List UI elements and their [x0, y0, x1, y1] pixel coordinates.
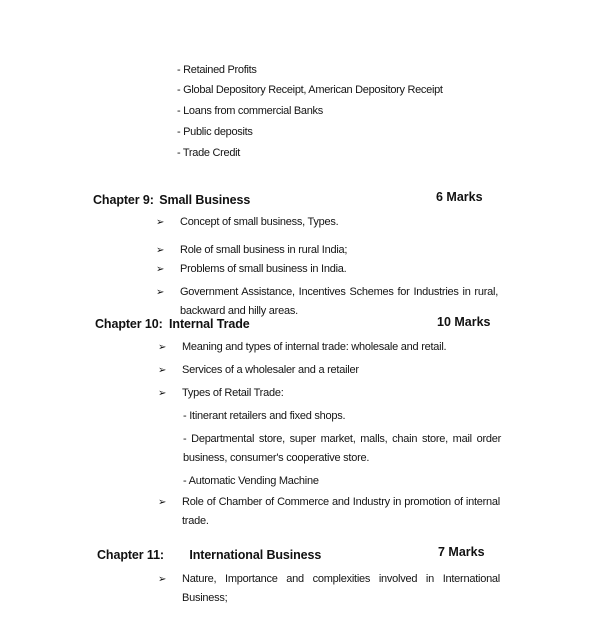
chapter-marks: 7 Marks	[438, 545, 485, 559]
syllabus-page: - Retained Profits - Global Depository R…	[0, 0, 600, 634]
list-item: Types of Retail Trade:	[182, 384, 502, 403]
list-item: Role of Chamber of Commerce and Industry…	[182, 493, 500, 531]
list-item: Meaning and types of internal trade: who…	[182, 338, 502, 357]
chapter-marks: 10 Marks	[437, 315, 491, 329]
list-item-text: - Departmental store, super market, mall…	[183, 433, 501, 464]
chapter-marks: 6 Marks	[436, 190, 483, 204]
list-item: - Automatic Vending Machine	[183, 472, 501, 491]
list-item: - Global Depository Receipt, American De…	[177, 84, 443, 96]
list-item: - Trade Credit	[177, 147, 240, 159]
chapter-heading: Chapter 11: International Business	[97, 548, 321, 562]
list-item: - Public deposits	[177, 126, 253, 138]
arrow-bullet-icon: ➢	[156, 245, 164, 256]
arrow-bullet-icon: ➢	[158, 497, 166, 508]
chapter-heading: Chapter 9: Small Business	[93, 193, 250, 207]
chapter-title: Internal Trade	[169, 317, 250, 331]
list-item: Concept of small business, Types.	[180, 213, 500, 232]
arrow-bullet-icon: ➢	[158, 574, 166, 585]
chapter-title: International Business	[189, 548, 321, 562]
chapter-label: Chapter 10:	[95, 317, 163, 331]
arrow-bullet-icon: ➢	[158, 388, 166, 399]
chapter-label: Chapter 11:	[97, 548, 164, 562]
arrow-bullet-icon: ➢	[156, 287, 164, 298]
list-item: - Retained Profits	[177, 64, 257, 76]
list-item: Problems of small business in India.	[180, 260, 500, 279]
arrow-bullet-icon: ➢	[156, 217, 164, 228]
list-item: - Loans from commercial Banks	[177, 105, 323, 117]
list-item: Services of a wholesaler and a retailer	[182, 361, 502, 380]
arrow-bullet-icon: ➢	[158, 342, 166, 353]
list-item: - Itinerant retailers and fixed shops.	[183, 407, 501, 426]
arrow-bullet-icon: ➢	[156, 264, 164, 275]
chapter-title: Small Business	[159, 193, 250, 207]
arrow-bullet-icon: ➢	[158, 365, 166, 376]
chapter-label: Chapter 9:	[93, 193, 154, 207]
chapter-heading: Chapter 10: Internal Trade	[95, 317, 250, 331]
list-item: Role of small business in rural India;	[180, 241, 500, 260]
list-item: - Departmental store, super market, mall…	[183, 430, 501, 468]
list-item: Nature, Importance and complexities invo…	[182, 570, 500, 608]
